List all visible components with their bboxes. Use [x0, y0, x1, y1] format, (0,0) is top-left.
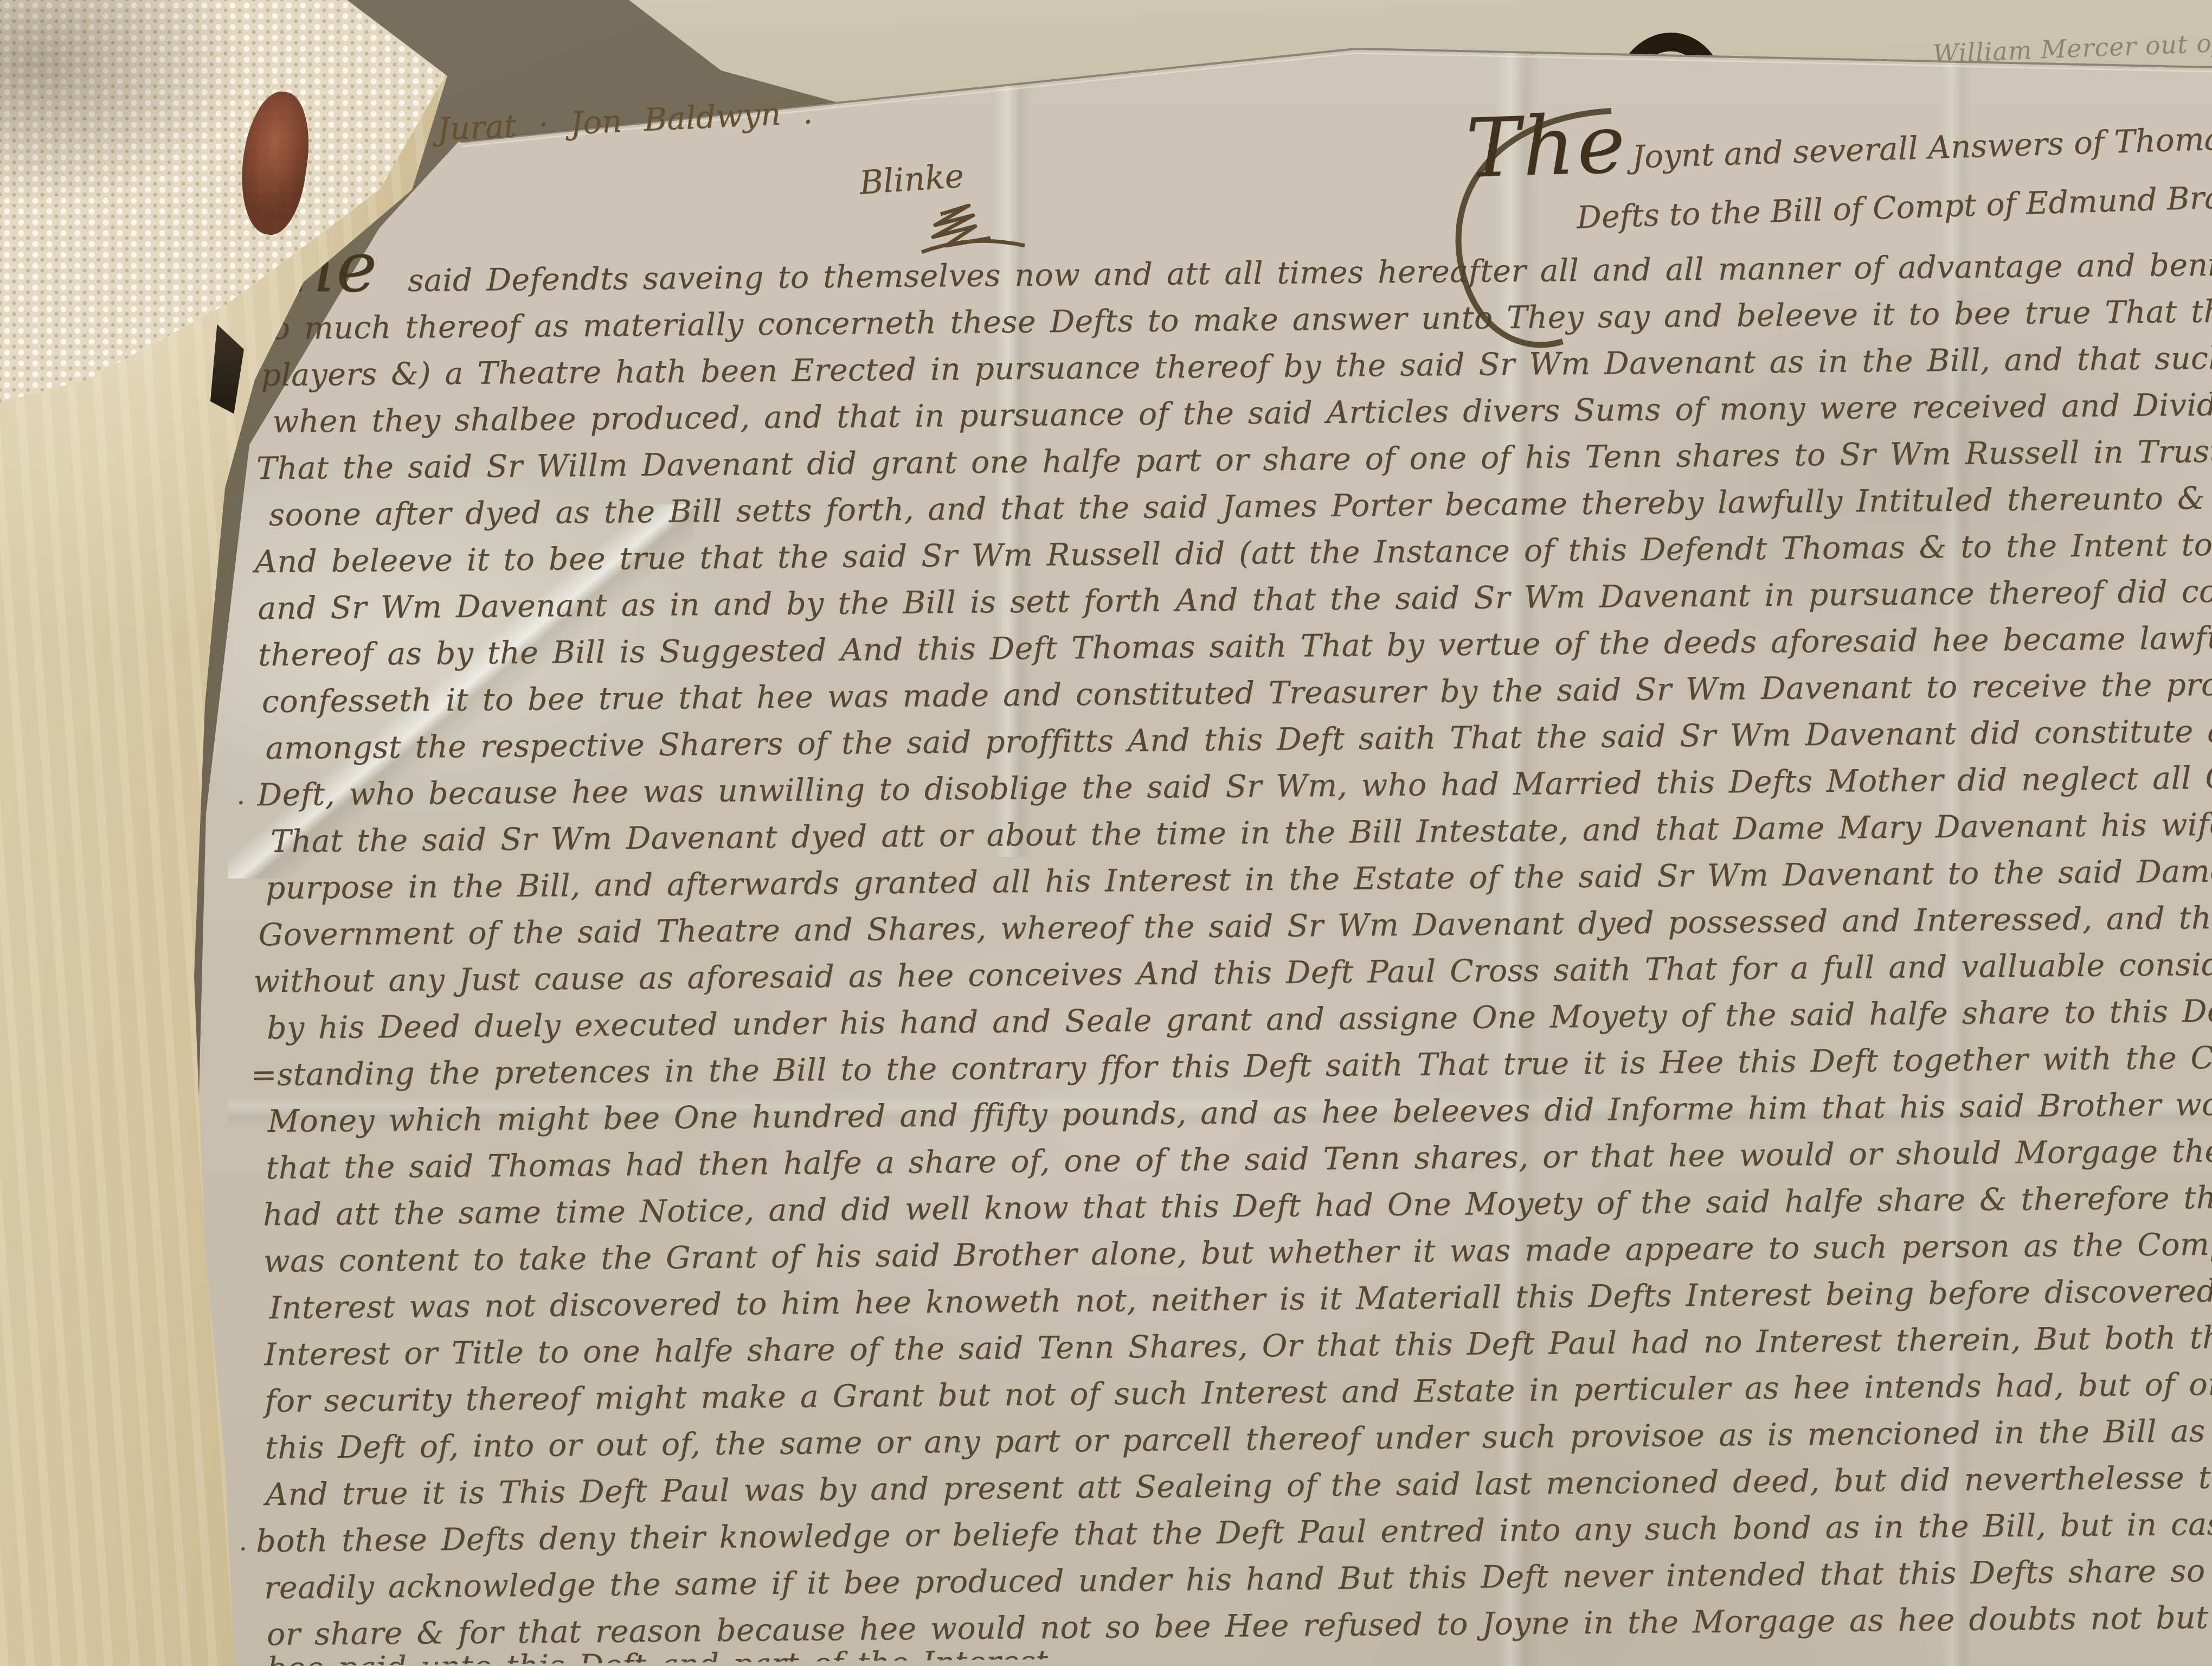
manuscript-line: without any Just cause as aforesaid as h…: [253, 945, 2212, 999]
manuscript-line: Interest or Title to one halfe share of …: [264, 1319, 2212, 1373]
manuscript-line: for security thereof might make a Grant …: [265, 1365, 2212, 1419]
manuscript-line: said Defendts saveing to themselves now …: [408, 244, 2212, 299]
manuscript-line: thereof as by the Bill is Suggested And …: [258, 619, 2212, 673]
manuscript-photograph: William Mercer out of uij 677 · Jurat · …: [0, 0, 2212, 1666]
manuscript-line: That the said Sr Willm Davenant did gran…: [256, 432, 2212, 486]
manuscript-line: readily acknowledge the same if it bee p…: [264, 1552, 2212, 1606]
manuscript-line: and Sr Wm Davenant as in and by the Bill…: [258, 573, 2212, 626]
manuscript-line: Interest was not discovered to him hee k…: [269, 1271, 2212, 1326]
manuscript-line: And beleeve it to bee true that the said…: [254, 524, 2212, 580]
manuscript-line: And true it is This Deft Paul was by and…: [265, 1459, 2212, 1513]
manuscript-line: by his Deed duely executed under his han…: [267, 992, 2212, 1046]
manuscript-line: when they shalbee produced, and that in …: [272, 385, 2212, 440]
margin-mark: ·: [239, 1534, 247, 1564]
manuscript-line: amongst the respective Sharers of the sa…: [265, 712, 2212, 766]
manuscript-line: Deft, who because hee was unwilling to d…: [257, 758, 2212, 813]
manuscript-line: both these Defts deny their knowledge or…: [256, 1505, 2212, 1559]
manuscript-line: this Deft of, into or out of, the same o…: [265, 1412, 2212, 1466]
manuscript-line: Government of the said Theatre and Share…: [258, 899, 2212, 953]
manuscript-line: That the said Sr Wm Davenant dyed att or…: [271, 805, 2212, 860]
margin-mark: ·: [236, 787, 245, 818]
manuscript-line: soone after dyed as the Bill setts forth…: [269, 478, 2212, 533]
manuscript-line: =standing the pretences in the Bill to t…: [251, 1039, 2212, 1093]
manuscript-line: was content to take the Grant of his sai…: [263, 1225, 2212, 1279]
manuscript-line: had att the same time Notice, and did we…: [263, 1178, 2212, 1233]
manuscript-line: confesseth it to bee true that hee was m…: [262, 665, 2212, 720]
manuscript-line: purpose in the Bill, and afterwards gran…: [266, 851, 2212, 906]
manuscript-line: so much thereof as materially concerneth…: [255, 291, 2212, 347]
manuscript-line: that the said Thomas had then halfe a sh…: [266, 1132, 2212, 1186]
manuscript-line: Money which might bee One hundred and ff…: [267, 1085, 2212, 1139]
manuscript-line: players &) a Theatre hath been Erected i…: [261, 337, 2212, 393]
manuscript-line: or share & for that reason because hee w…: [267, 1599, 2212, 1652]
